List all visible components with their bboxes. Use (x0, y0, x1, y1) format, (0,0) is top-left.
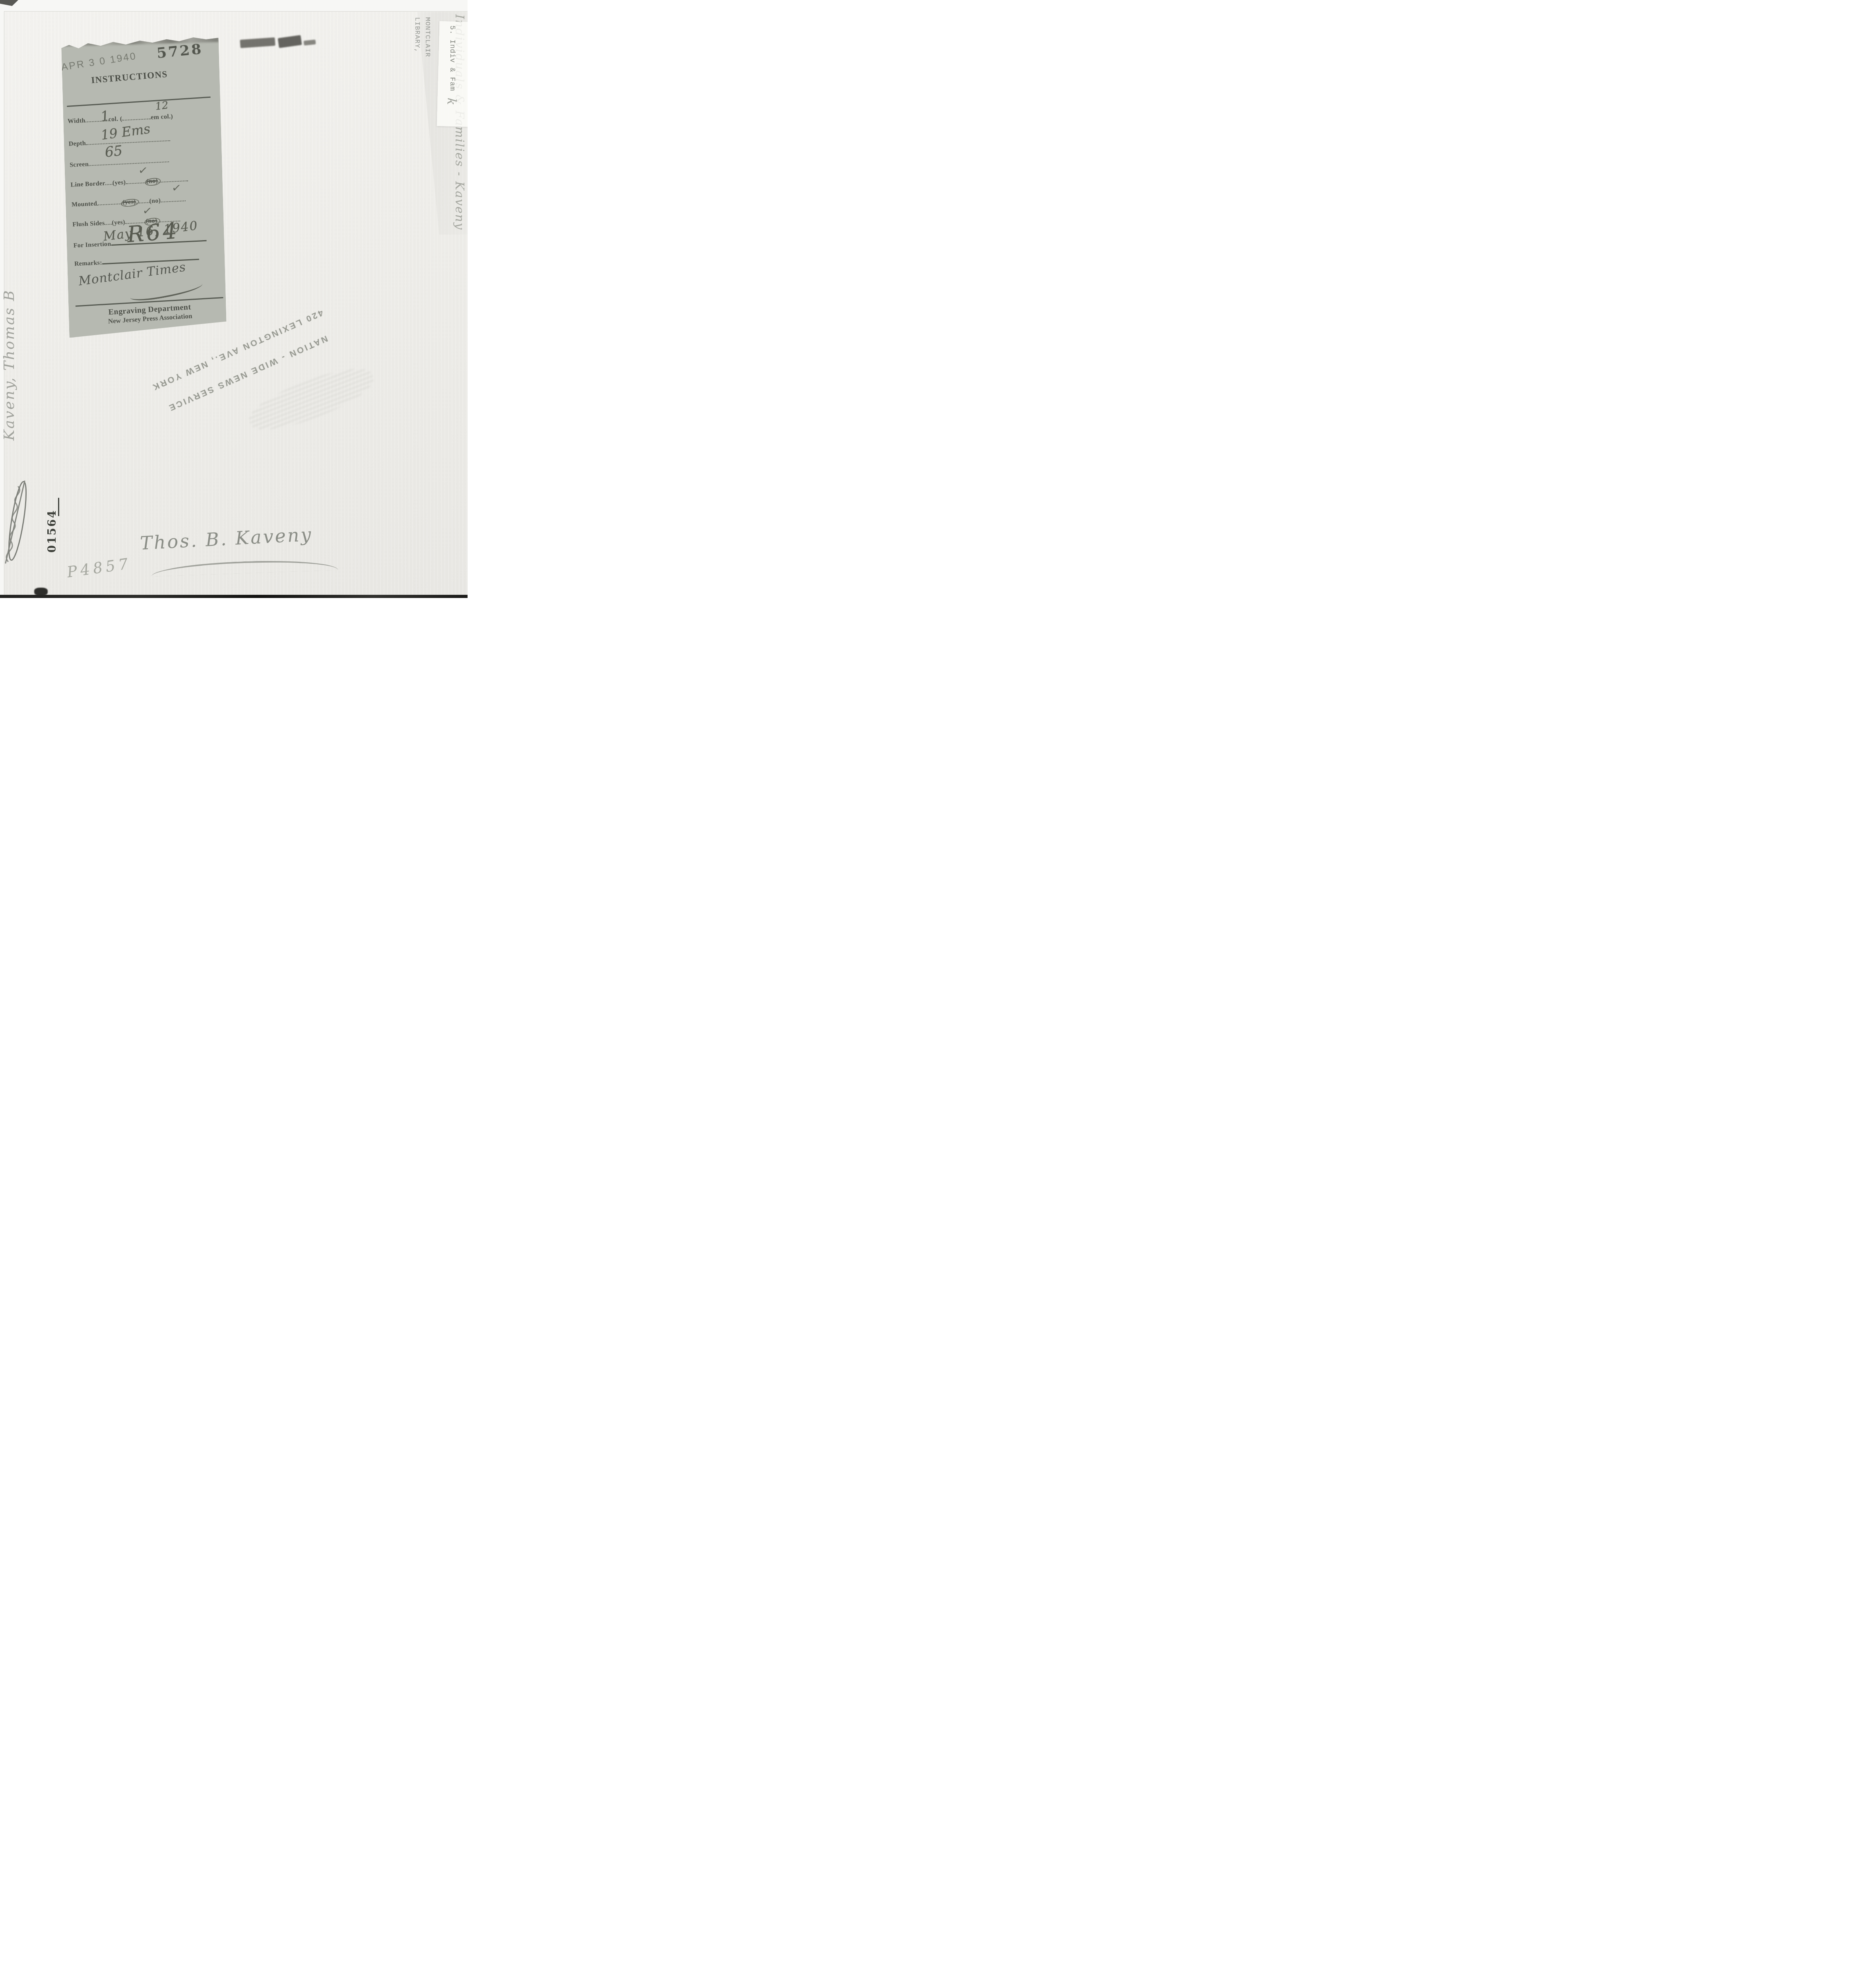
crossed-out-scribble (1, 469, 41, 565)
date-stamp: APR 3 0 1940 (60, 50, 138, 74)
dotted-blank (88, 156, 169, 166)
line-border-no-option-scribbled: (no) (146, 177, 158, 184)
library-stamp-line2: LIBRARY, (411, 17, 422, 58)
library-stamp: MONTCLAIR LIBRARY, (411, 17, 432, 58)
accession-number-underline (58, 498, 59, 516)
scan-bottom-edge (0, 595, 468, 598)
flush-sides-yes-option: (yes) (112, 219, 125, 226)
line-border-yes-option: (yes) (112, 179, 126, 186)
category-slip-handwritten-initial: k (441, 97, 458, 114)
check-flush-sides-yes: ✓ (142, 204, 153, 218)
dotted-blank (105, 179, 113, 185)
dotted-blank (126, 177, 147, 184)
handwritten-screen-value: 65 (104, 143, 123, 160)
width-tail-label: em col.) (151, 113, 173, 121)
handwritten-remarks-value: R64 (126, 218, 180, 248)
check-line-border-yes: ✓ (138, 163, 148, 178)
dotted-blank (97, 198, 123, 206)
header-rule (67, 97, 210, 107)
line-border-label: Line Border (70, 180, 105, 188)
mounted-no-option: (no) (149, 197, 161, 204)
instruction-slip: APR 3 0 1940 5728 INSTRUCTIONS Widthcol.… (61, 36, 227, 338)
handwritten-width-value: 1 (100, 108, 111, 125)
instruction-slip-content: APR 3 0 1940 5728 INSTRUCTIONS Widthcol.… (58, 35, 230, 339)
library-stamp-line1: MONTCLAIR (422, 17, 432, 58)
mounted-label: Mounted (72, 200, 97, 208)
dotted-blank (122, 113, 151, 120)
check-mounted-no: ✓ (171, 181, 182, 195)
category-slip-text: 5. Indiv & Fam (446, 25, 456, 99)
scanned-photo-back: APR 3 0 1940 5728 INSTRUCTIONS Widthcol.… (0, 0, 468, 598)
mounted-yes-option-scribbled: (yes) (122, 198, 136, 206)
width-mid-label: col. ( (108, 115, 122, 123)
width-label: Width (68, 117, 86, 125)
dotted-blank (105, 219, 112, 225)
corner-tear-mark (0, 0, 18, 6)
job-number-stamp: 5728 (156, 41, 204, 62)
bottom-ink-blob (34, 588, 48, 596)
left-edge-pencil-note: Kaveny, Thomas B (1, 196, 23, 441)
slip-title: INSTRUCTIONS (91, 69, 168, 86)
depth-label: Depth (68, 140, 86, 148)
accession-number-stamp: 01564 (46, 493, 58, 553)
screen-label: Screen (70, 161, 89, 168)
flush-sides-label: Flush Sides (72, 220, 105, 228)
handwritten-em-value: 12 (155, 99, 169, 113)
remarks-label: Remarks: (74, 259, 103, 267)
dotted-blank (161, 195, 186, 202)
